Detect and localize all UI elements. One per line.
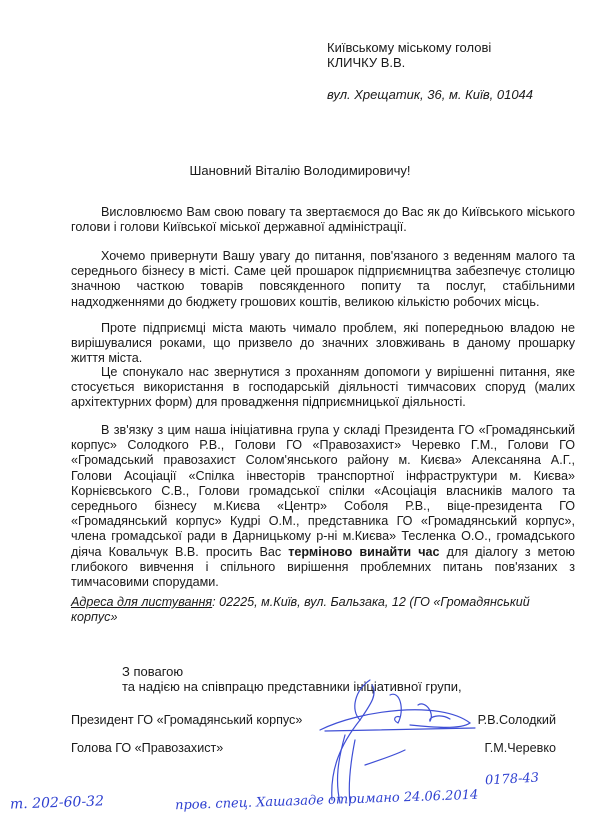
paragraph-4: Це спонукало нас звернутися з проханням … [71, 365, 575, 411]
signatory-title: Голова ГО «Правозахист» [71, 741, 223, 755]
paragraph-5-start: В зв'язку з цим наша ініціативна група у… [71, 423, 575, 559]
mailing-address-label: Адреса для листування [71, 595, 212, 609]
handwritten-signature [300, 675, 480, 805]
paragraph-5: В зв'язку з цим наша ініціативна група у… [71, 423, 575, 590]
handwritten-registration-number: 0178-43 [485, 771, 540, 789]
recipient-name: КЛИЧКУ В.В. [327, 55, 533, 70]
paragraph-2: Хочемо привернути Вашу увагу до питання,… [71, 249, 575, 310]
paragraph-1: Висловлюємо Вам свою повагу та звертаємо… [71, 205, 575, 235]
paragraph-5-emphasis: терміново винайти час [288, 545, 439, 559]
signatory-name: Г.М.Черевко [484, 741, 556, 755]
recipient-address: вул. Хрещатик, 36, м. Київ, 01044 [327, 87, 533, 102]
recipient-block: Київському міському голові КЛИЧКУ В.В. в… [327, 40, 533, 102]
salutation: Шановний Віталію Володимировичу! [0, 163, 600, 178]
signatory-name: Р.В.Солодкий [478, 713, 556, 727]
signatory-title: Президент ГО «Громадянський корпус» [71, 713, 302, 727]
recipient-title: Київському міському голові [327, 40, 533, 55]
paragraph-3: Проте підприємці міста мають чимало проб… [71, 321, 575, 367]
mailing-address: Адреса для листування: 02225, м.Київ, ву… [71, 595, 575, 625]
handwritten-phone: т. 202-60-32 [10, 793, 105, 812]
